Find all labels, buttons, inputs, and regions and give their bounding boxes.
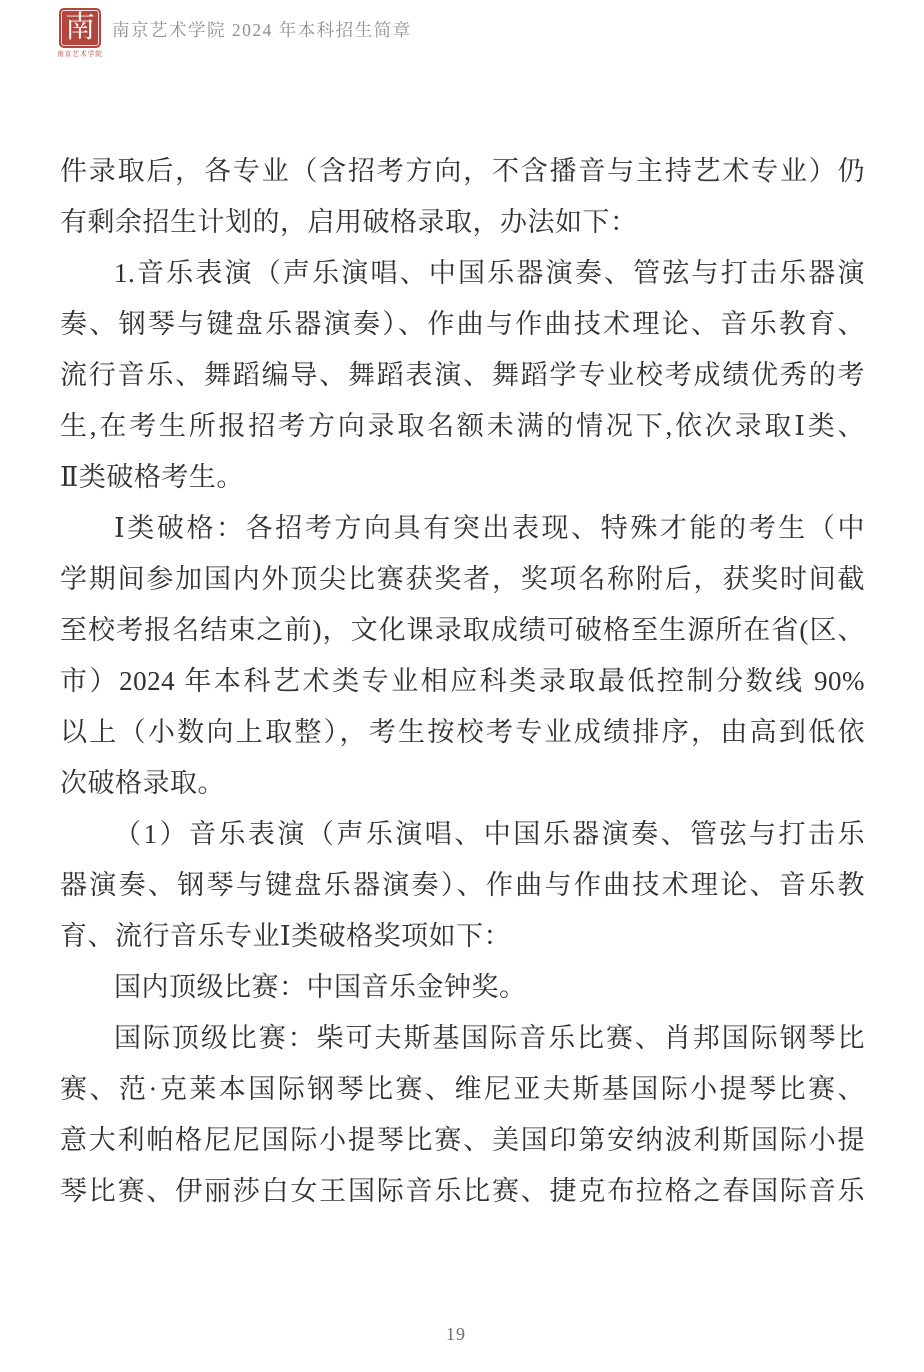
text-line: Ⅰ类破格：各招考方向具有突出表现、特殊才能的考生（中 <box>60 503 865 554</box>
paragraph: 国内顶级比赛：中国音乐金钟奖。 <box>60 962 865 1013</box>
paragraph: Ⅰ类破格：各招考方向具有突出表现、特殊才能的考生（中学期间参加国内外顶尖比赛获奖… <box>60 503 865 809</box>
page-footer: 19 <box>0 1324 912 1345</box>
university-logo: 南 南京艺术学院 <box>57 8 103 59</box>
university-seal-icon: 南 <box>59 8 101 48</box>
text-line: 器演奏、钢琴与键盘乐器演奏）、作曲与作曲技术理论、音乐教 <box>60 860 865 911</box>
paragraph: 件录取后，各专业（含招考方向，不含播音与主持艺术专业）仍有剩余招生计划的，启用破… <box>60 146 865 248</box>
text-line: 学期间参加国内外顶尖比赛获奖者，奖项名称附后，获奖时间截 <box>60 554 865 605</box>
logo-caption: 南京艺术学院 <box>57 49 103 59</box>
text-line: 流行音乐、舞蹈编导、舞蹈表演、舞蹈学专业校考成绩优秀的考 <box>60 350 865 401</box>
text-line: 育、流行音乐专业Ⅰ类破格奖项如下： <box>60 911 865 962</box>
text-line: 次破格录取。 <box>60 758 865 809</box>
page-header: 南 南京艺术学院 南京艺术学院 2024 年本科招生简章 <box>57 8 412 59</box>
text-line: 国内顶级比赛：中国音乐金钟奖。 <box>60 962 865 1013</box>
document-body: 件录取后，各专业（含招考方向，不含播音与主持艺术专业）仍有剩余招生计划的，启用破… <box>60 146 865 1217</box>
seal-glyph: 南 <box>65 8 95 48</box>
paragraph: 国际顶级比赛：柴可夫斯基国际音乐比赛、肖邦国际钢琴比赛、范·克莱本国际钢琴比赛、… <box>60 1013 865 1217</box>
text-line: 以上（小数向上取整），考生按校考专业成绩排序，由高到低依 <box>60 707 865 758</box>
text-line: 市）2024 年本科艺术类专业相应科类录取最低控制分数线 90% <box>60 656 865 707</box>
text-line: 生,在考生所报招考方向录取名额未满的情况下,依次录取Ⅰ类、 <box>60 401 865 452</box>
text-line: 有剩余招生计划的，启用破格录取，办法如下： <box>60 197 865 248</box>
text-line: 国际顶级比赛：柴可夫斯基国际音乐比赛、肖邦国际钢琴比 <box>60 1013 865 1064</box>
paragraph: 1.音乐表演（声乐演唱、中国乐器演奏、管弦与打击乐器演奏、钢琴与键盘乐器演奏）、… <box>60 248 865 503</box>
text-line: 琴比赛、伊丽莎白女王国际音乐比赛、捷克布拉格之春国际音乐 <box>60 1166 865 1217</box>
text-line: 意大利帕格尼尼国际小提琴比赛、美国印第安纳波利斯国际小提 <box>60 1115 865 1166</box>
paragraph: （1）音乐表演（声乐演唱、中国乐器演奏、管弦与打击乐器演奏、钢琴与键盘乐器演奏）… <box>60 809 865 962</box>
text-line: 件录取后，各专业（含招考方向，不含播音与主持艺术专业）仍 <box>60 146 865 197</box>
text-line: Ⅱ类破格考生。 <box>60 452 865 503</box>
page-number: 19 <box>446 1324 466 1344</box>
text-line: 至校考报名结束之前)，文化课录取成绩可破格至生源所在省(区、 <box>60 605 865 656</box>
text-line: 赛、范·克莱本国际钢琴比赛、维尼亚夫斯基国际小提琴比赛、 <box>60 1064 865 1115</box>
text-line: 奏、钢琴与键盘乐器演奏）、作曲与作曲技术理论、音乐教育、 <box>60 299 865 350</box>
text-line: （1）音乐表演（声乐演唱、中国乐器演奏、管弦与打击乐 <box>60 809 865 860</box>
page-title: 南京艺术学院 2024 年本科招生简章 <box>112 8 412 52</box>
text-line: 1.音乐表演（声乐演唱、中国乐器演奏、管弦与打击乐器演 <box>60 248 865 299</box>
